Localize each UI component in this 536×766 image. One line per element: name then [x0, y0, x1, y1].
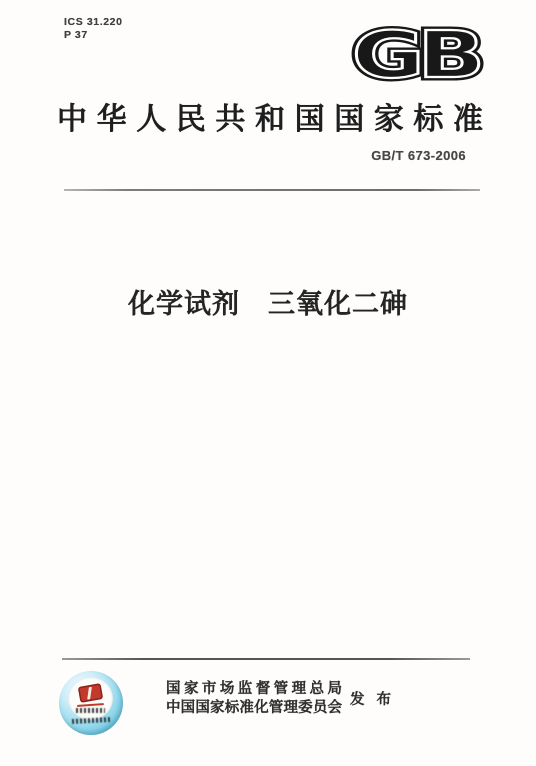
sac-seal-arc-text [72, 717, 110, 724]
standard-number: GB/T 673-2006 [371, 148, 466, 163]
gb-logo-icon: GB GB [342, 20, 488, 90]
standard-cover-page: ICS 31.220 P 37 GB GB 中华人民共和国国家标准 GB/T 6… [0, 0, 536, 766]
ics-code: ICS 31.220 [64, 16, 123, 29]
china-classification-code: P 37 [64, 29, 123, 42]
gb-logo-text: GB [352, 20, 479, 90]
publish-label: 发布 [350, 688, 403, 709]
sac-seal-inner-circle [68, 677, 113, 720]
sac-seal-red-emblem [78, 683, 103, 703]
footer-rule [62, 658, 470, 660]
ics-classification-block: ICS 31.220 P 37 [64, 16, 123, 42]
sac-seal-red-underline [77, 703, 104, 707]
issuer-line-1: 国家市场监督管理总局 [166, 677, 342, 696]
header-rule [64, 189, 480, 191]
sac-seal-small-text [76, 708, 105, 713]
issuer-line-2: 中国国家标准化管理委员会 [166, 696, 342, 715]
issuing-authorities: 国家市场监督管理总局 中国国家标准化管理委员会 [166, 677, 342, 715]
sac-seal-icon [59, 671, 123, 735]
national-standard-header: 中华人民共和国国家标准 [57, 94, 483, 134]
document-title: 化学试剂 三氧化二砷 [0, 282, 536, 321]
